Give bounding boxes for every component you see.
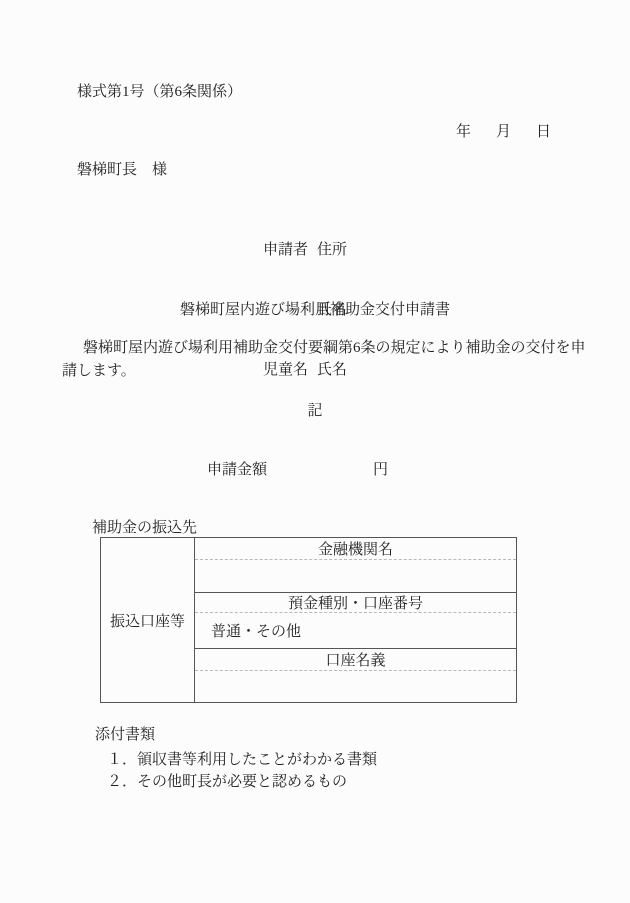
transfer-section-heading: 補助金の振込先 [92,516,197,537]
date-month-label: 月 [496,120,511,141]
ki-marker: 記 [0,399,630,420]
body-line-2: 請します。 [62,360,574,383]
applicant-label: 申請者 [263,240,317,260]
attachment-item: ２．その他町長が必要と認めるもの [107,770,347,791]
applicant-address-label: 住所 [317,240,347,260]
body-paragraph: 磐梯町屋内遊び場利用補助金交付要綱第6条の規定により補助金の交付を申 請します。 [62,337,574,383]
attachments-heading: 添付書類 [95,723,155,744]
document-title: 磐梯町屋内遊び場利用補助金交付申請書 [0,298,630,319]
amount-unit-label: 円 [373,458,388,479]
bank-transfer-table: 振込口座等 金融機関名 預金種別・口座番号 普通・その他 口座名義 [100,537,517,703]
account-holder-header: 口座名義 [195,649,516,671]
account-type-number-cell: 普通・その他 [195,613,516,648]
account-holder-input-cell [195,671,516,702]
date-year-label: 年 [456,120,471,141]
bank-name-input-cell [195,560,516,593]
addressee: 磐梯町長 様 [77,158,167,179]
account-type-number-header: 預金種別・口座番号 [195,593,516,613]
form-number: 様式第1号（第6条関係） [77,80,242,101]
body-line-1: 磐梯町屋内遊び場利用補助金交付要綱第6条の規定により補助金の交付を申 [62,337,574,360]
attachment-item: １．領収書等利用したことがわかる書類 [107,748,377,769]
date-day-label: 日 [536,120,551,141]
application-form-page: 様式第1号（第6条関係） 年 月 日 磐梯町長 様 申請者 児童名 住所 氏名 … [0,0,630,903]
amount-label: 申請金額 [207,458,267,479]
bank-name-header: 金融機関名 [195,538,516,560]
transfer-row-label: 振込口座等 [101,538,195,702]
